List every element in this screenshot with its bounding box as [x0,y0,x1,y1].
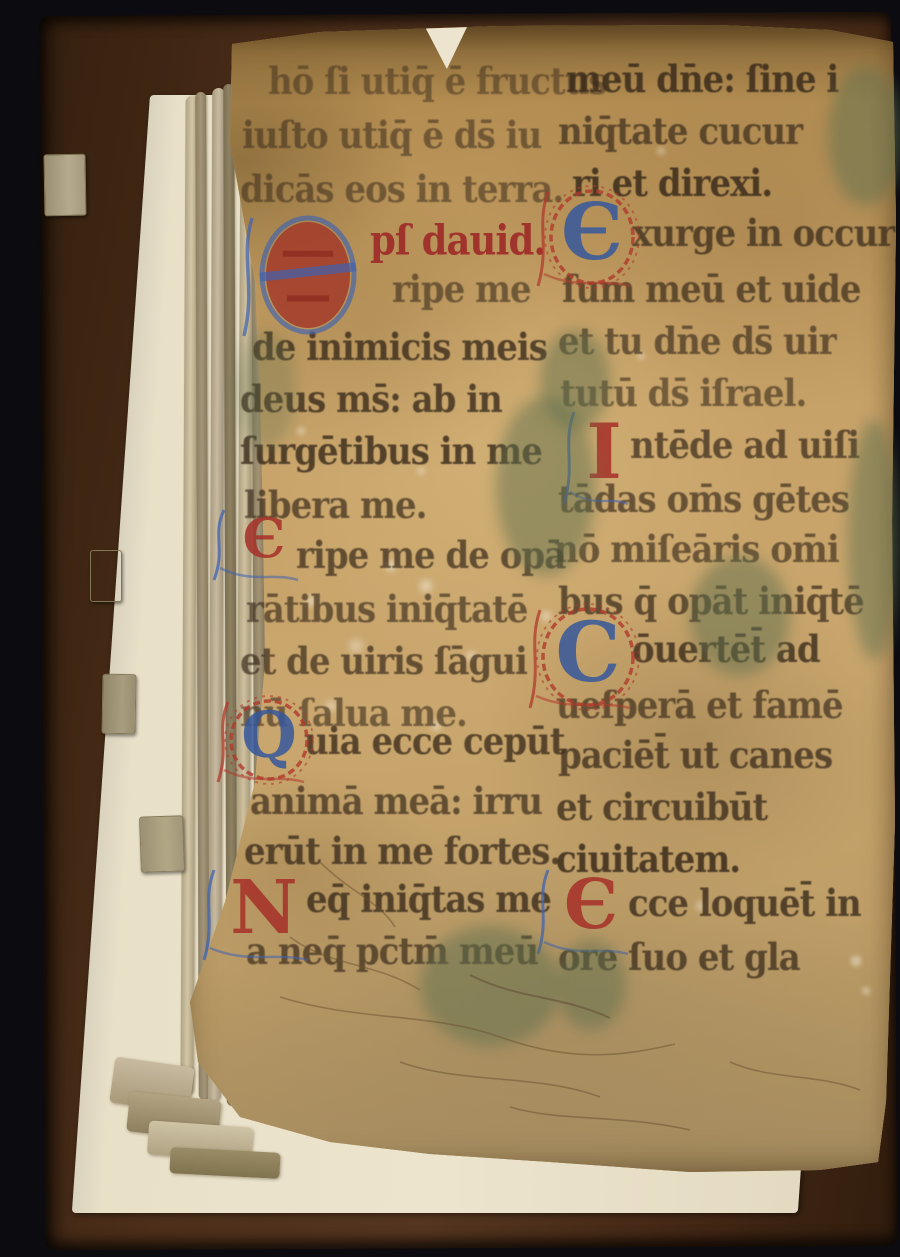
bookmark-tab [90,550,122,602]
manuscript-page [170,22,897,1174]
tear-notch [424,25,468,69]
bookmark-tab [43,154,86,217]
bookmark-tab [101,674,136,735]
manuscript-photo: hō ſi utiq̄ ē fructusiuſto utiq̄ ē ds̄ i… [0,0,900,1257]
bookmark-tab [139,815,185,873]
